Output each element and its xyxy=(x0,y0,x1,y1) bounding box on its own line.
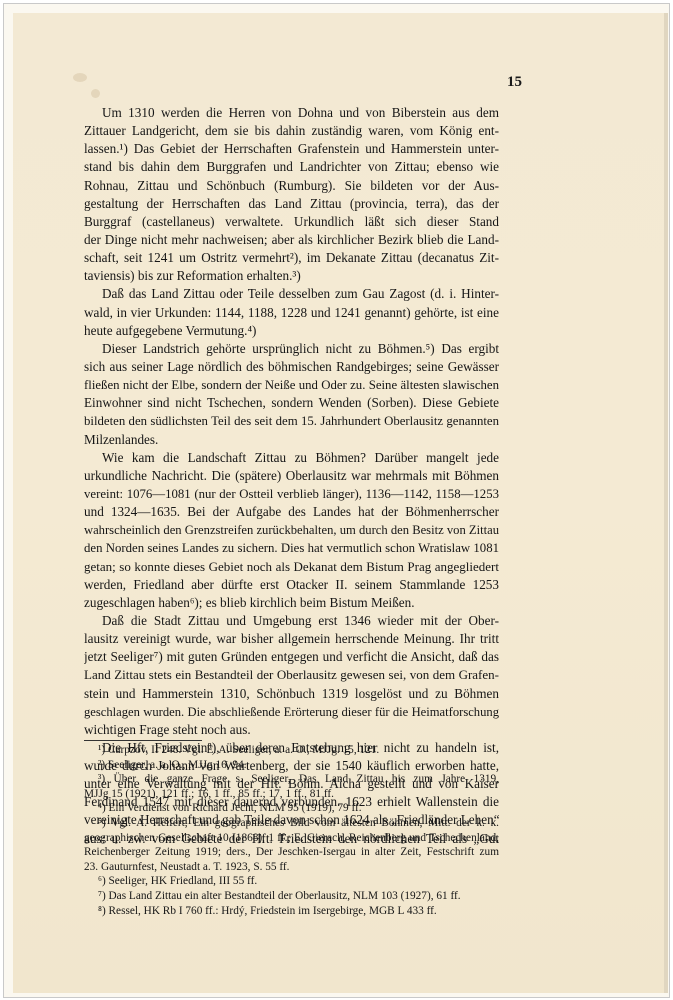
footnote-line: ⁶) Seeliger, HK Friedland, III 55 ff. xyxy=(84,874,499,889)
footnote-line: ¹) Carpzov, II 248. Vgl. E. A. Seeliger,… xyxy=(84,743,499,758)
text-line: stand bis dahin dem Burggrafen und Landr… xyxy=(84,158,499,176)
paragraph: Daß das Land Zittau oder Teile desselben… xyxy=(84,285,499,339)
paragraph: Wie kam die Landschaft Zittau zu Böhmen?… xyxy=(84,449,499,612)
text-line: taviensis) bis zur Reformation erhalten.… xyxy=(84,267,499,285)
text-line: Daß die Stadt Zittau und Umgebung erst 1… xyxy=(84,612,499,630)
paper-stain xyxy=(73,73,87,82)
text-line: Wie kam die Landschaft Zittau zu Böhmen?… xyxy=(84,449,499,467)
text-line: Burggraf (castellaneus) verwaltete. Urku… xyxy=(84,213,499,231)
text-line: stein und Hammerstein 1310, Schönbuch 13… xyxy=(84,685,499,703)
text-line: wichtigen Frage steht noch aus. xyxy=(84,721,499,739)
footnote-line: ²) Seeliger, a. a. O., MJJg 16, 94. xyxy=(84,758,499,773)
footnote-line: 23. Gauturnfest, Neustadt a. T. 1923, S.… xyxy=(84,860,499,875)
page-number: 15 xyxy=(507,74,522,91)
paragraph: Daß die Stadt Zittau und Umgebung erst 1… xyxy=(84,612,499,739)
text-line: werden, Friedland aber dürfte erst Otack… xyxy=(84,576,499,594)
footnote-line: ³) Über die ganze Frage s. Seeliger, Das… xyxy=(84,772,499,787)
text-line: wald, in vier Urkunden: 1144, 1188, 1228… xyxy=(84,304,499,322)
text-line: bildeten den südlichsten Teil des seit d… xyxy=(84,412,499,430)
text-line: und 1324—1635. Bei der Aufgabe des Lande… xyxy=(84,503,499,521)
text-line: getan; so konnte dieses Gebiet noch als … xyxy=(84,558,499,576)
text-line: Daß das Land Zittau oder Teile desselben… xyxy=(84,285,499,303)
footnote-line: MJJg 15 (1921), 121 ff.; 16, 1 ff., 85 f… xyxy=(84,787,499,802)
footnote-separator xyxy=(84,740,202,741)
footnote: ¹) Carpzov, II 248. Vgl. E. A. Seeliger,… xyxy=(84,743,499,758)
footnote: ⁵) Vgl. A. Helfert, Ein geographisches B… xyxy=(84,816,499,874)
text-line: heute aufgegebene Vermutung.⁴) xyxy=(84,322,499,340)
footnote-line: ⁷) Das Land Zittau ein alter Bestandteil… xyxy=(84,889,499,904)
text-line: lassen.¹) Das Gebiet der Herrschaften Gr… xyxy=(84,140,499,158)
footnote: ⁶) Seeliger, HK Friedland, III 55 ff. xyxy=(84,874,499,889)
text-line: jetzt Seeliger⁷) mit guten Gründen entge… xyxy=(84,648,499,666)
text-line: Um 1310 werden die Herren von Dohna und … xyxy=(84,104,499,122)
text-line: schaft, seit 1241 um Ostritz vermehrt²),… xyxy=(84,249,499,267)
text-line: Dieser Landstrich gehörte ursprünglich n… xyxy=(84,340,499,358)
paragraph: Um 1310 werden die Herren von Dohna und … xyxy=(84,104,499,285)
footnote-line: ⁵) Vgl. A. Helfert, Ein geographisches B… xyxy=(84,816,499,831)
text-line: sich aus seiner Lage nördlich des böhmis… xyxy=(84,358,499,376)
paragraph: Dieser Landstrich gehörte ursprünglich n… xyxy=(84,340,499,449)
text-line: der Dinge nicht mehr nachweisen; aber al… xyxy=(84,231,499,249)
body-text: Um 1310 werden die Herren von Dohna und … xyxy=(84,104,499,848)
footnote-line: Reichenberger Zeitung 1919; ders., Der J… xyxy=(84,845,499,860)
text-line: den Norden seines Landes zu sichern. Die… xyxy=(84,539,499,557)
text-line: geschlagen wurden. Die abschließende Erö… xyxy=(84,703,499,721)
text-line: Milzenlandes. xyxy=(84,431,499,449)
text-line: gestaltung der Herrschaften das Land Zit… xyxy=(84,195,499,213)
text-line: fließen nicht der Elbe, sondern der Neiß… xyxy=(84,376,499,394)
text-line: wahrscheinlich den Grenzstreifen zurückb… xyxy=(84,521,499,539)
text-line: lausitz vereinigt wurde, war bisher allg… xyxy=(84,630,499,648)
footnotes: ¹) Carpzov, II 248. Vgl. E. A. Seeliger,… xyxy=(84,743,499,918)
footnote-line: geographischen Gesellschaft 10 (1868), 1… xyxy=(84,831,499,846)
footnote: ⁷) Das Land Zittau ein alter Bestandteil… xyxy=(84,889,499,904)
footnote: ⁸) Ressel, HK Rb I 760 ff.: Hrdý, Frieds… xyxy=(84,904,499,919)
text-line: Land Zittau stets ein Bestandteil der Ob… xyxy=(84,666,499,684)
text-line: urkundliche Nachricht. Die (spätere) Obe… xyxy=(84,467,499,485)
text-line: Zittauer Landgericht, dem sie bis dahin … xyxy=(84,122,499,140)
footnote: ⁴) Ein Verdienst von Richard Jecht, NLM … xyxy=(84,801,499,816)
paper-stain xyxy=(91,89,100,98)
footnote: ³) Über die ganze Frage s. Seeliger, Das… xyxy=(84,772,499,801)
footnote-line: ⁸) Ressel, HK Rb I 760 ff.: Hrdý, Frieds… xyxy=(84,904,499,919)
footnote-line: ⁴) Ein Verdienst von Richard Jecht, NLM … xyxy=(84,801,499,816)
text-line: Einwohner sind nicht Tschechen, sondern … xyxy=(84,394,499,412)
text-line: vereint: 1076—1081 (nur der Ostteil verb… xyxy=(84,485,499,503)
text-line: Rohnau, Zittau und Schönbuch (Rumburg). … xyxy=(84,177,499,195)
footnote: ²) Seeliger, a. a. O., MJJg 16, 94. xyxy=(84,758,499,773)
text-line: zugeschlagen haben⁶); es blieb kirchlich… xyxy=(84,594,499,612)
